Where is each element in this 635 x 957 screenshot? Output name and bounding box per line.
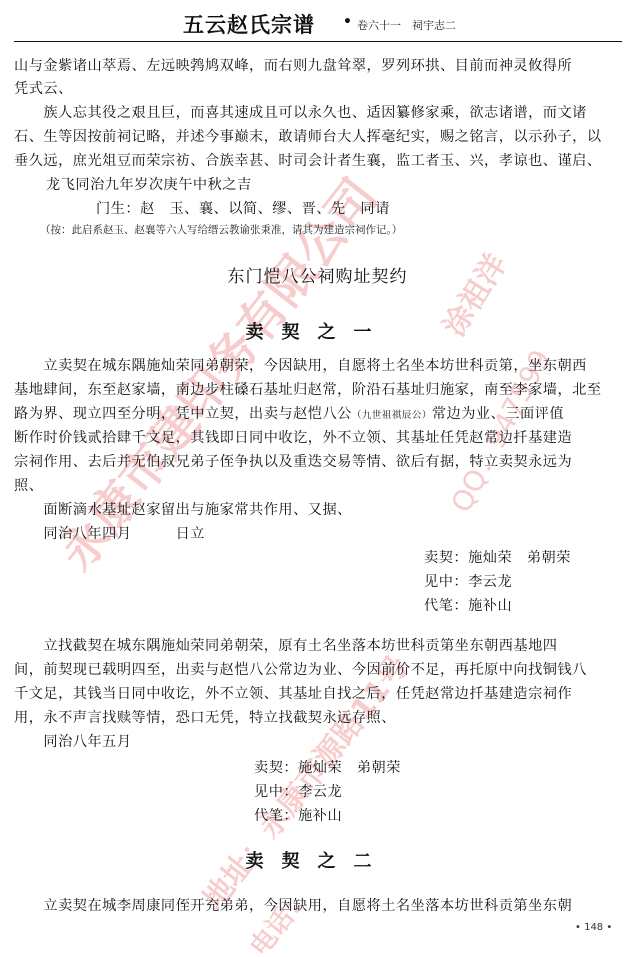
- date-line: 龙飞同治九年岁次庚午中秋之吉: [46, 174, 252, 194]
- contract-line: 立卖契在城李周康同侄开充弟弟，今因缺用，自愿将土名坐落本坊世科贡第坐东朝: [14, 895, 572, 915]
- intro-line: 山与金紫诸山萃焉、左远映鹁鸠双峰，而右则九盘耸翠，罗列环拱、目前而神灵攸得所: [14, 55, 572, 75]
- signature-witness: 见中：李云龙: [254, 781, 342, 801]
- inline-note: （九世祖祺辰公）: [352, 410, 432, 421]
- header-separator: •: [343, 14, 352, 30]
- editor-note: （按：此启系赵玉、赵襄等六人写给缙云教谕张秉准，请其为建造宗祠作记。）: [40, 222, 402, 237]
- intro-line: 石、生等因按前祠记略，并述今事巅末，敢请师台大人挥毫纪实，赐之铭言，以示孙子，以: [14, 126, 602, 146]
- intro-line: 族人忘其役之艰且巨，而喜其速成且可以永久也、适因纂修家乘，欲志诸谱，而文诸: [14, 102, 587, 122]
- contract-date: 同治八年四月 日立: [14, 523, 205, 543]
- document-title: 东门恺八公祠购址契约: [0, 262, 635, 287]
- contract-line: 立卖契在城东隅施灿荣同弟朝荣，今因缺用，自愿将土名坐本坊世科贡第，坐东朝西: [14, 355, 587, 375]
- signature-seller: 卖契：施灿荣 弟朝荣: [424, 547, 571, 567]
- book-title: 五云赵氏宗谱: [183, 9, 315, 39]
- page-number: • 148 •: [575, 922, 612, 933]
- section-heading-1: 卖契之一: [0, 318, 635, 344]
- contract-line: 照、: [14, 475, 43, 495]
- signature-seller: 卖契：施灿荣 弟朝荣: [254, 757, 401, 777]
- contract-line-tail: 常边为业、三面评值: [432, 406, 564, 422]
- page-header: 五云赵氏宗谱 • 卷六十一 祠宇志二: [0, 0, 635, 42]
- contract-line: 宗祠作用、去后并无伯叔兄弟子侄争执以及重迭交易等情、欲后有据，特立卖契永远为: [14, 451, 572, 471]
- signature-witness: 见中：李云龙: [424, 571, 512, 591]
- contract-line: 基地肆间，东至赵家墙，南边步柱磉石基址归赵常，阶沿石基址归施家，南至李家墙，北至: [14, 379, 602, 399]
- intro-line: 垂久远，庶光俎豆而荣宗祊、合族幸甚、时司会计者生襄，监工者玉、兴，孝谅也、谨启、: [14, 150, 602, 170]
- signature-scribe: 代笔：施补山: [424, 595, 512, 615]
- signature-scribe: 代笔：施补山: [254, 805, 342, 825]
- supplement-line: 立找截契在城东隅施灿荣同弟朝荣，原有土名坐落本坊世科贡第坐东朝西基地四: [14, 635, 557, 655]
- signers-line: 门生：赵 玉、襄、以简、缪、晋、先 同请: [96, 198, 390, 218]
- supplement-line: 千文足，其钱当日同中收讫，外不立领、其基址自找之后，任凭赵常边扦基建造宗祠作: [14, 683, 572, 703]
- volume-label: 卷六十一 祠宇志二: [357, 17, 456, 33]
- supplement-line: 用，永不声言找赎等情，恐口无凭，特立找截契永远存照、: [14, 707, 396, 727]
- contract-line: 断作时价钱贰拾肆千文足，其钱即日同中收讫，外不立领、其基址任凭赵常边扦基建造: [14, 427, 572, 447]
- supplement-line: 间，前契现已载明四至，出卖与赵恺八公常边为业、今因前价不足，再托原中向找铜钱八: [14, 659, 587, 679]
- contract-line: 路为界、现立四至分明，凭中立契，出卖与赵恺八公（九世祖祺辰公）常边为业、三面评值: [14, 403, 564, 423]
- contract-line-text: 路为界、现立四至分明，凭中立契，出卖与赵恺八公: [14, 406, 352, 422]
- watermark-phone: 电话：: [240, 879, 317, 957]
- supplement-date: 同治八年五月: [14, 731, 132, 751]
- intro-line: 凭式云、: [14, 78, 73, 98]
- section-heading-2: 卖契之二: [0, 847, 635, 873]
- contract-extra: 面断滴水基址赵家留出与施家常共作用、又据、: [14, 499, 352, 519]
- header-rule: [14, 41, 622, 42]
